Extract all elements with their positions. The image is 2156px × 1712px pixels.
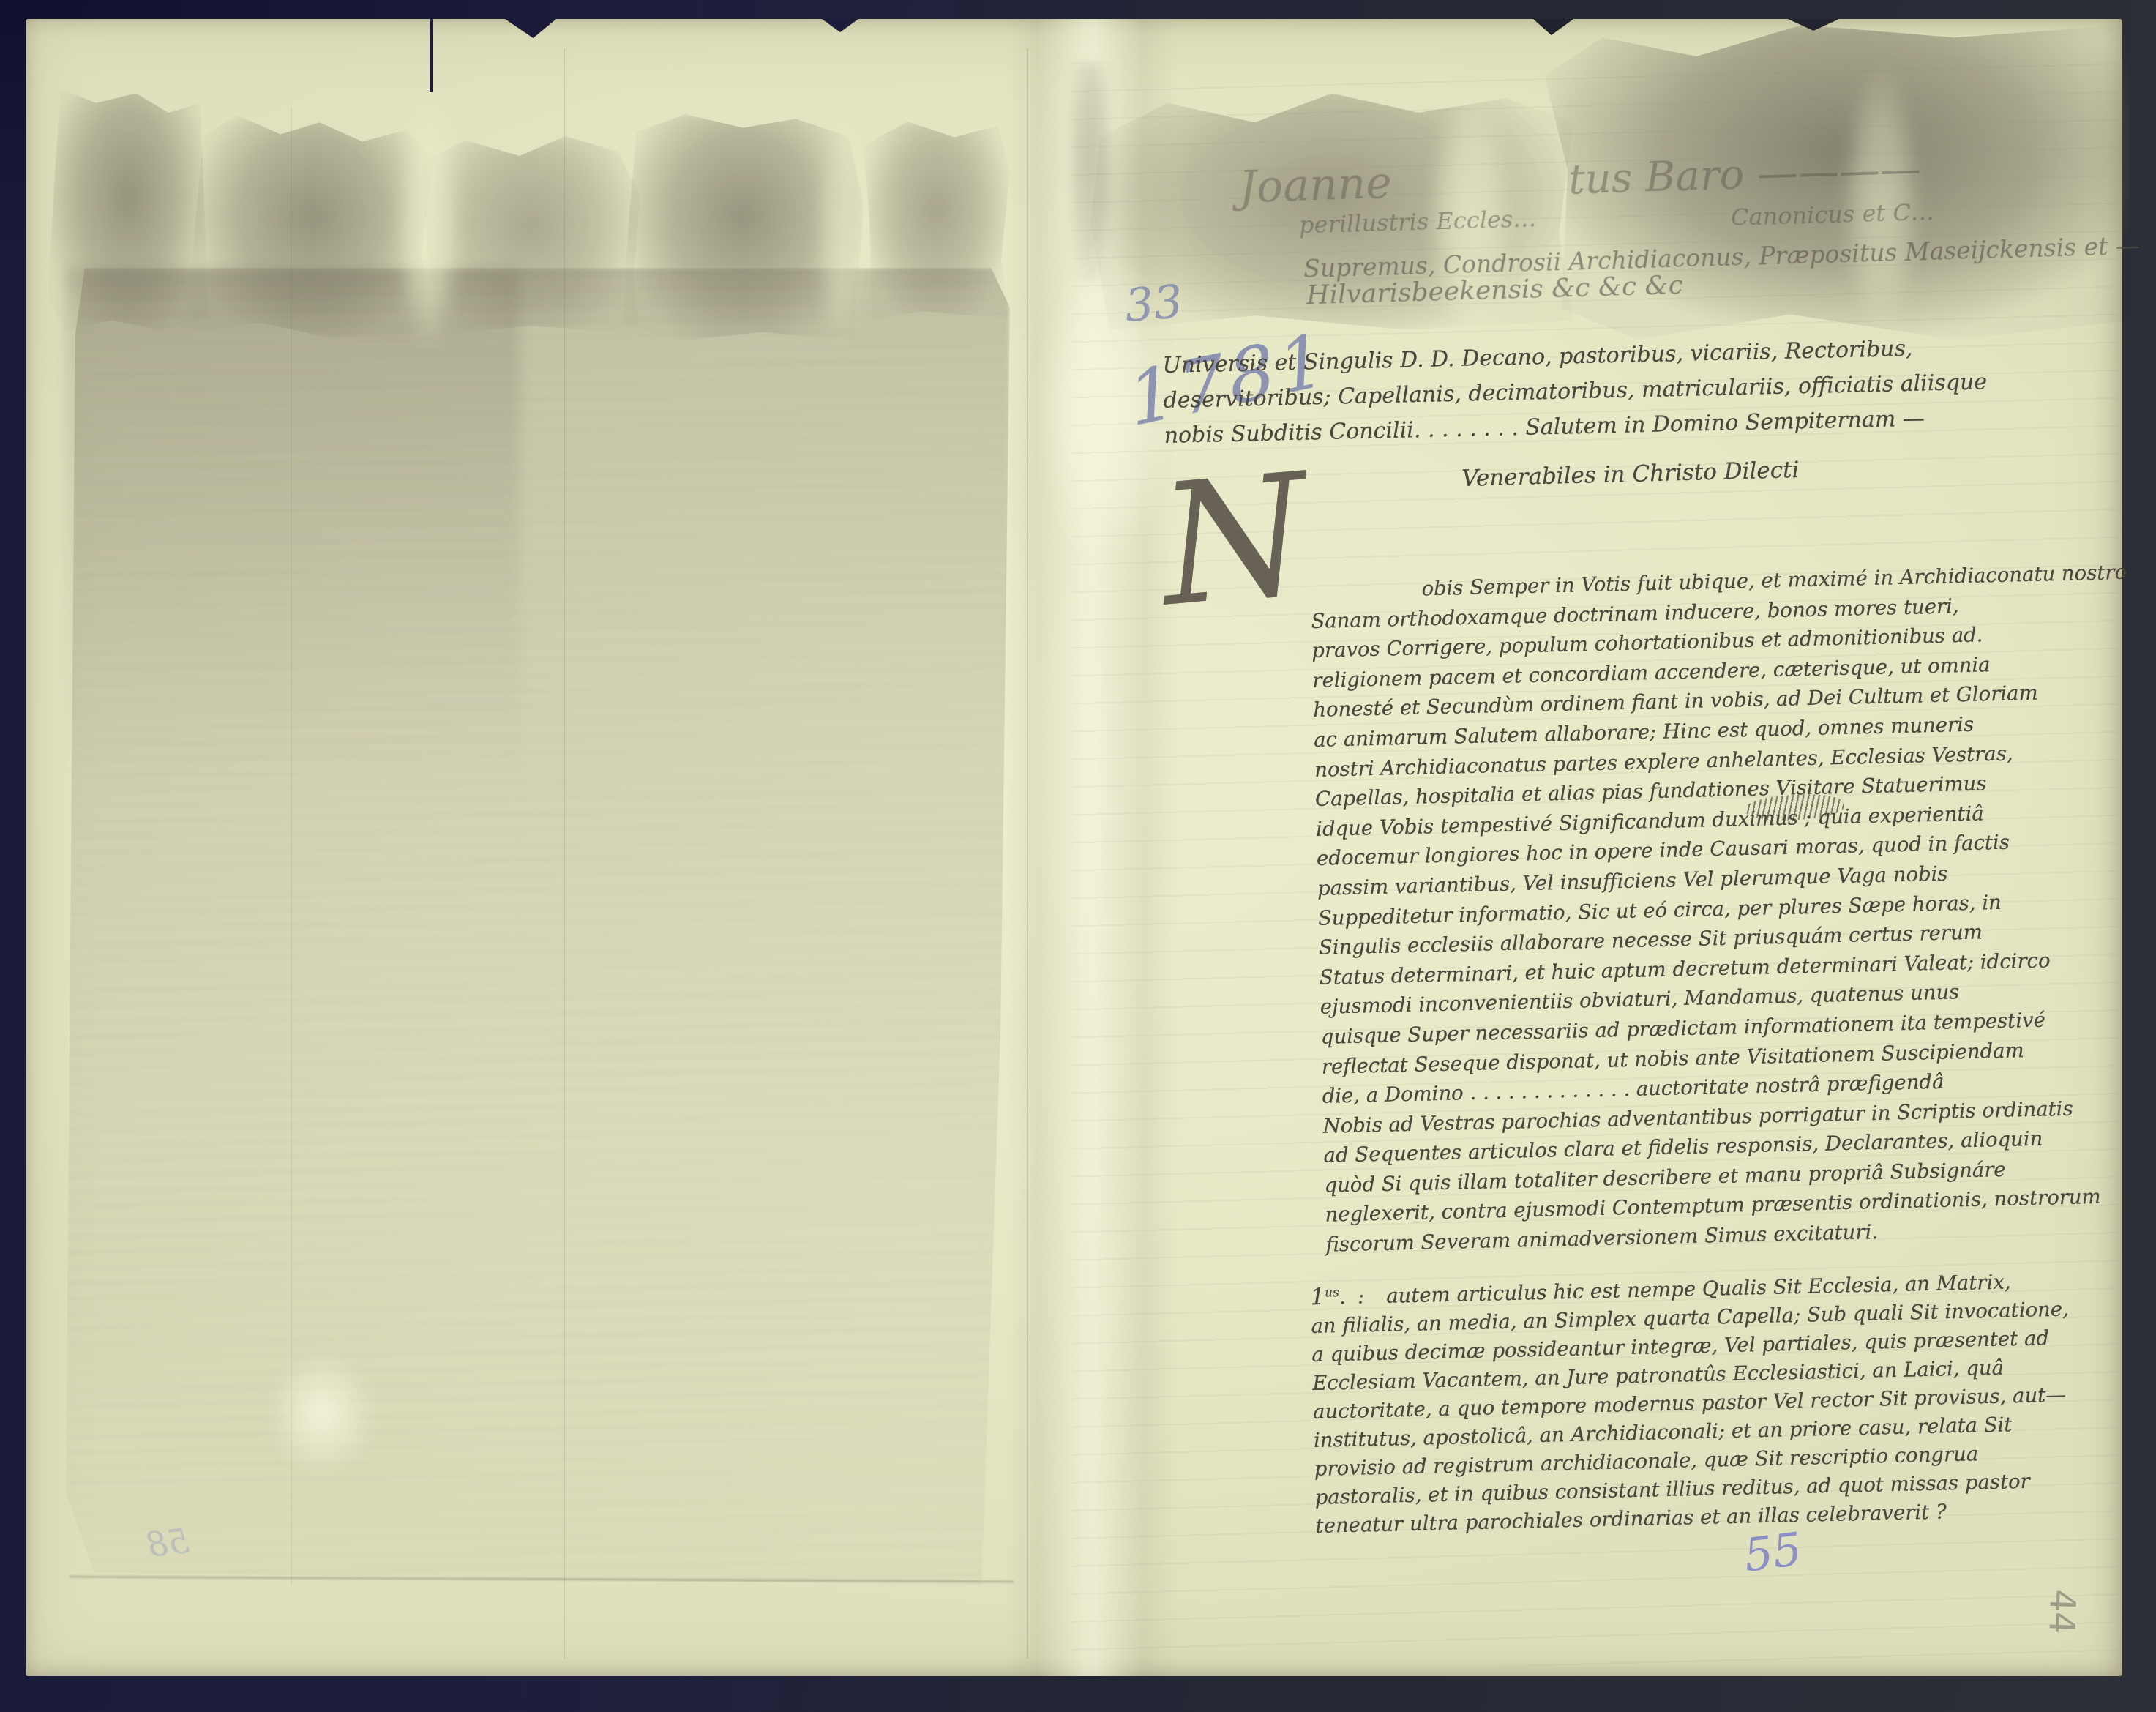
letterhead-line2-right: Canonicus et C…	[1731, 198, 1935, 231]
manuscript-photograph: { "palette": { "backdrop_left": "#1a1a3a…	[0, 0, 2156, 1712]
page-number-annotation: 55	[1741, 1522, 1805, 1582]
manuscript-double-page: Joanne tus Baro ———— perillustris Eccles…	[26, 19, 2122, 1676]
tear-crack	[430, 19, 433, 92]
tear-notch-1	[505, 19, 556, 38]
body-paragraph-2: 1us. :autem articulus hic est nempe Qual…	[1310, 1261, 2114, 1541]
left-page-ghost-number: 58	[144, 1521, 191, 1565]
drop-cap-initial: N	[1154, 451, 1314, 630]
stain-left-5	[864, 122, 1010, 319]
tear-notch-2	[822, 19, 858, 32]
article-number-marker: 1us. :	[1310, 1278, 1368, 1312]
letterhead-name-left: Joanne	[1238, 157, 1393, 214]
address-block: Universis et Singulis D. D. Decano, past…	[1162, 329, 1988, 454]
corner-pencil-number: 44	[2040, 1589, 2083, 1635]
body-paragraph-1: obis Semper in Votis fuit ubique, et max…	[1310, 558, 2113, 1260]
pale-streak-2	[816, 107, 867, 348]
article-number-punct: . :	[1339, 1285, 1368, 1309]
article-number: 1	[1310, 1284, 1325, 1310]
left-page-pale-spot	[267, 1351, 377, 1476]
stain-left-1	[48, 89, 209, 330]
left-page-crease	[564, 48, 565, 1659]
file-number-annotation: 33	[1123, 274, 1185, 333]
tear-notch-3	[1533, 19, 1573, 35]
left-page-crease-2	[291, 107, 292, 1585]
article-number-suffix: us	[1325, 1285, 1339, 1300]
pale-streak-1	[395, 89, 461, 352]
gutter-shadow-line	[1027, 48, 1028, 1659]
